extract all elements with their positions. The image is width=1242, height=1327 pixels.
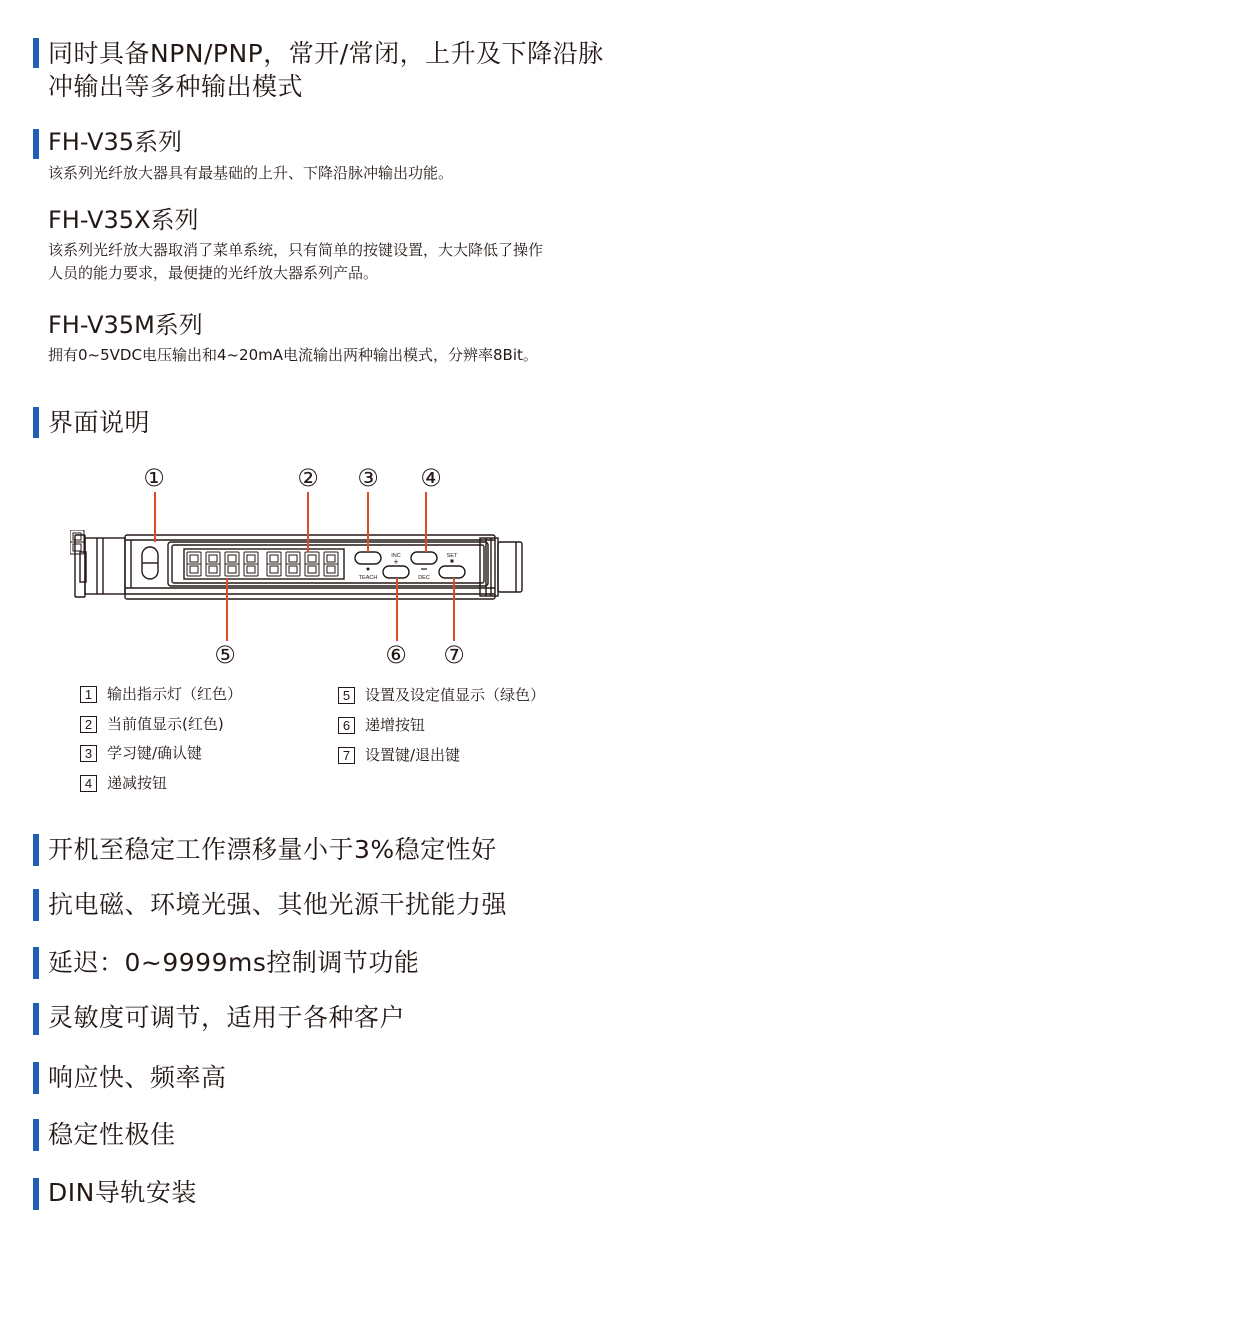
feature-5: 响应快、频率高 (48, 1062, 227, 1094)
dec-label: DEC (418, 575, 430, 581)
legend-number: 1 (80, 686, 97, 703)
output-modes-heading-line1: 同时具备NPN/PNP，常开/常闭，上升及下降沿脉 (48, 38, 604, 70)
callout-2: ② (293, 466, 323, 490)
leader-line-1 (154, 492, 156, 542)
legend-text: 设置键/退出键 (365, 745, 460, 765)
feature-marker (33, 1119, 39, 1151)
leader-line-3 (367, 492, 369, 552)
legend-text: 当前值显示(红色) (107, 714, 224, 734)
set-label: SET (447, 553, 458, 559)
series-title-v35m: FH-V35M系列 (48, 310, 203, 340)
feature-2: 抗电磁、环境光强、其他光源干扰能力强 (48, 889, 507, 921)
callout-4: ④ (416, 466, 446, 490)
legend-text: 学习键/确认键 (107, 743, 202, 763)
legend-text: 递减按钮 (107, 773, 167, 793)
legend-number: 3 (80, 745, 97, 762)
legend-item-5: 5 设置及设定值显示（绿色） (338, 685, 545, 705)
legend-item-3: 3 学习键/确认键 (80, 743, 202, 763)
leader-line-7 (453, 578, 455, 641)
legend-number: 7 (338, 747, 355, 764)
feature-marker (33, 947, 39, 979)
callout-6: ⑥ (381, 643, 411, 667)
series-title-v35: FH-V35系列 (48, 127, 182, 157)
section-marker (33, 129, 39, 159)
feature-3: 延迟：0~9999ms控制调节功能 (48, 947, 419, 979)
feature-1: 开机至稳定工作漂移量小于3%稳定性好 (48, 834, 497, 866)
amplifier-device-diagram: TEACH INC + DEC SET (70, 530, 530, 605)
legend-item-2: 2 当前值显示(红色) (80, 714, 224, 734)
callout-7: ⑦ (439, 643, 469, 667)
leader-line-4 (425, 492, 427, 552)
legend-number: 6 (338, 717, 355, 734)
section-marker (33, 38, 39, 68)
legend-text: 设置及设定值显示（绿色） (365, 685, 545, 705)
teach-label: TEACH (359, 575, 378, 581)
legend-item-1: 1 输出指示灯（红色） (80, 684, 242, 704)
series-title-v35x: FH-V35X系列 (48, 205, 199, 235)
legend-number: 5 (338, 687, 355, 704)
legend-item-7: 7 设置键/退出键 (338, 745, 460, 765)
interface-title: 界面说明 (48, 407, 150, 439)
feature-6: 稳定性极佳 (48, 1119, 176, 1151)
legend-item-4: 4 递减按钮 (80, 773, 167, 793)
legend-number: 4 (80, 775, 97, 792)
series-desc-v35x-line1: 该系列光纤放大器取消了菜单系统，只有简单的按键设置，大大降低了操作 (48, 239, 543, 261)
series-desc-v35x-line2: 人员的能力要求，最便捷的光纤放大器系列产品。 (48, 262, 378, 284)
feature-marker (33, 889, 39, 921)
series-desc-v35: 该系列光纤放大器具有最基础的上升、下降沿脉冲输出功能。 (48, 162, 453, 184)
leader-line-6 (396, 578, 398, 641)
callout-3: ③ (353, 466, 383, 490)
feature-marker (33, 1003, 39, 1035)
callout-1: ① (139, 466, 169, 490)
legend-item-6: 6 递增按钮 (338, 715, 425, 735)
callout-5: ⑤ (210, 643, 240, 667)
legend-text: 递增按钮 (365, 715, 425, 735)
feature-marker (33, 1178, 39, 1210)
plus-label: + (393, 557, 398, 567)
feature-7: DIN导轨安装 (48, 1177, 197, 1209)
feature-marker (33, 834, 39, 866)
legend-text: 输出指示灯（红色） (107, 684, 242, 704)
series-desc-v35m: 拥有0~5VDC电压输出和4~20mA电流输出两种输出模式，分辨率8Bit。 (48, 344, 538, 366)
section-marker (33, 407, 39, 438)
leader-line-5 (226, 578, 228, 641)
legend-number: 2 (80, 716, 97, 733)
feature-4: 灵敏度可调节，适用于各种客户 (48, 1002, 405, 1034)
feature-marker (33, 1062, 39, 1094)
leader-line-2 (307, 492, 309, 552)
output-modes-heading-line2: 冲输出等多种输出模式 (48, 71, 303, 103)
